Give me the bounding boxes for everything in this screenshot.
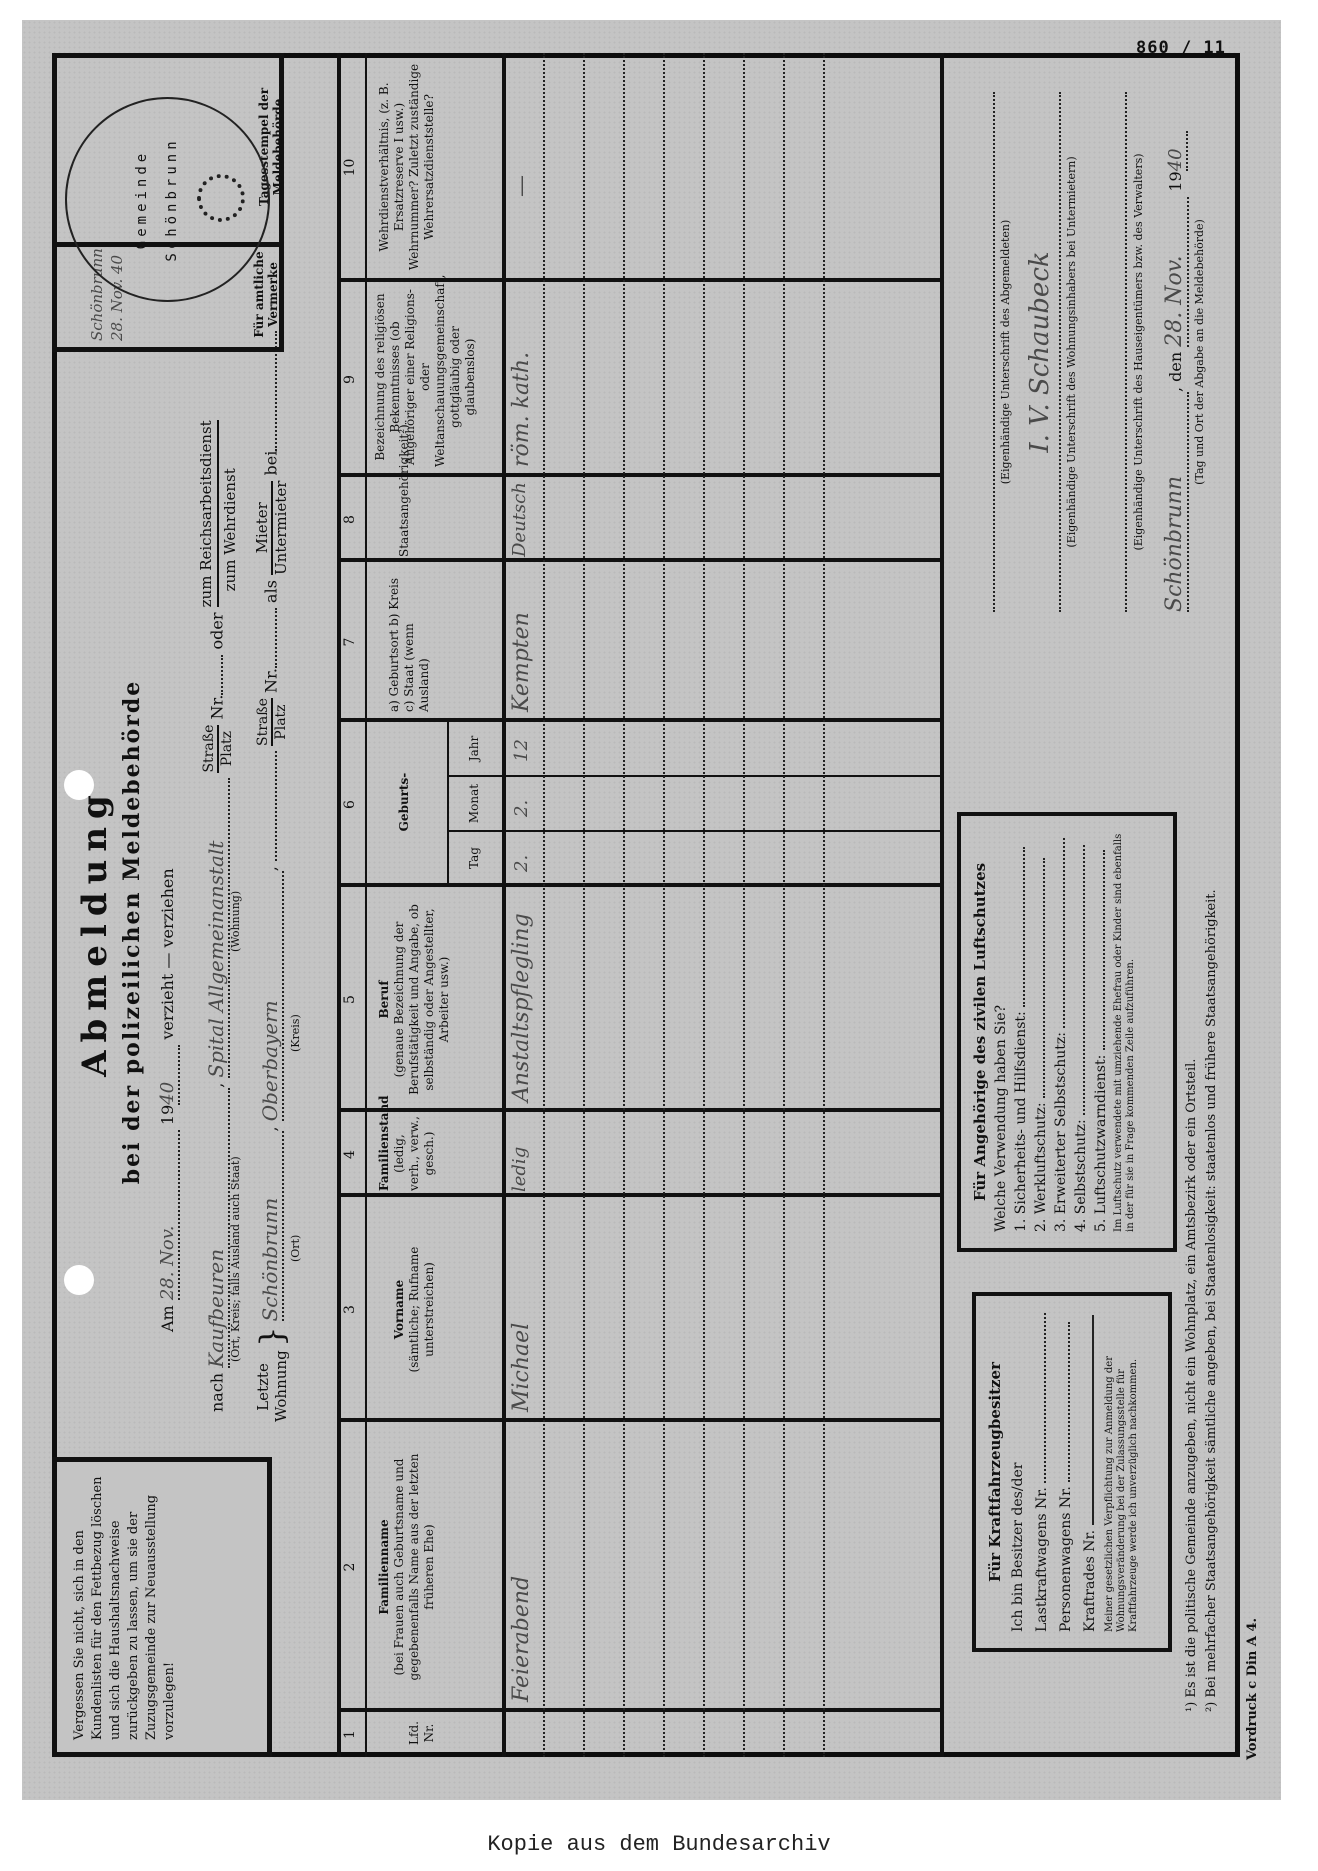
table-row[interactable] [545,53,585,1757]
notice-box: Vergessen Sie nicht, sich in den Kundenl… [52,1457,272,1757]
amtliche-vermerke-label: Für amtliche Vermerke [252,246,280,343]
letzte-ort-hint: (Ort) [289,1235,302,1262]
cell-geburtsort[interactable]: Kempten [509,612,534,712]
footnote-1: ¹) Es ist die politische Gemeinde anzuge… [1182,512,1202,1712]
footnotes: ¹) Es ist die politische Gemeinde anzuge… [1182,512,1222,1712]
nr-field[interactable] [221,655,223,695]
strasse-platz: Straße Platz [201,725,235,773]
form-subtitle: bei der polizeilichen Meldebehörde [119,532,145,1332]
footnote-2: ²) Bei mehrfacher Staatsangehörigkeit sä… [1202,512,1222,1712]
notice-text: Vergessen Sie nicht, sich in den Kundenl… [72,1476,177,1740]
cell-tag[interactable]: 2. [511,855,532,872]
col-header-wehrdienst: Wehrdienstverhältnis, (z. B. Ersatzreser… [377,62,437,272]
cell-wehrdienst[interactable]: — [509,175,534,197]
official-box: Schönbrunn 28. Nov. 40 Für amtliche Verm… [52,53,284,352]
col-header-beruf: Beruf(genaue Bezeichnung der Berufstätig… [377,897,452,1102]
table-row[interactable] [705,53,745,1757]
letzte-wohnung-label: Letzte Wohnung [254,1352,290,1422]
dienst-choice: zum Reichsarbeitsdienst zum Wehrdienst [195,420,241,607]
signature-abgemeldeten-field[interactable] [967,92,995,612]
table-row[interactable] [625,53,665,1757]
luftschutz-box: Für Angehörige des zivilen Luftschutzes … [957,812,1177,1252]
table-row[interactable] [585,53,625,1757]
selbstschutz-field[interactable] [1083,845,1085,1115]
col-header-bekenntnis: Bezeichnung des religiösen Bekenntnisses… [373,287,478,467]
cell-monat[interactable]: 2. [511,800,532,817]
letzte-ort-field[interactable]: Schönbrunn [258,1131,284,1321]
wohnung-hint: (Wohnung) [229,891,242,952]
nach-label: nach [208,1373,227,1412]
persons-table: 1 2 3 4 5 6 7 8 9 10 Lfd. Nr. Familienna… [337,53,945,1757]
table-row[interactable] [825,53,865,1757]
form-title-block: Abmeldung bei der polizeilichen Meldebeh… [75,532,145,1332]
year-prefix: 19 [158,1105,177,1125]
col-header-geburtsort: a) Geburtsort b) Kreis c) Staat (wenn Au… [387,572,432,712]
header-line-am: Am 28. Nov. 1940 verzieht — verziehen [157,472,180,1332]
werkluftschutz-field[interactable] [1043,858,1045,1098]
signature-wohnungsinhaber-field[interactable]: I. V. Schaubeck [1025,92,1061,612]
col-header-familienstand: Familienstand(ledig, verh., verw., gesch… [377,1116,437,1191]
nach-hint: (Ort, Kreis; falls Ausland auch Staat) [229,1156,242,1362]
personenwagen-field[interactable] [1068,1322,1070,1482]
moved-text: verzieht — verziehen [158,868,177,1039]
cell-staatsangehoerigkeit[interactable]: Deutsch [509,482,530,557]
signature-hauseigentuemer-field[interactable] [1097,92,1127,612]
table-row[interactable] [745,53,785,1757]
cell-familienname[interactable]: Feierabend [509,1576,534,1702]
lastkraftwagen-field[interactable] [1044,1313,1046,1483]
cell-beruf[interactable]: Anstaltspflegling [509,913,534,1102]
col-header-geburts: Geburts- [397,722,412,882]
form-code: Vordruck c Din A 4. [1245,1618,1260,1760]
kraftfahrzeug-box: Für Kraftfahrzeugbesitzer Ich bin Besitz… [972,1292,1172,1652]
letzte-kreis-hint: (Kreis) [289,1014,302,1052]
letzte-kreis-field[interactable]: Oberbayern [258,871,284,1121]
am-date-field[interactable]: 28. Nov. [157,1130,180,1300]
archive-caption: Kopie aus dem Bundesarchiv [0,1832,1318,1857]
sicherheitsdienst-field[interactable] [1023,847,1025,1007]
header-line-letzte: Letzte Wohnung } Schönbrunn, Oberbayern,… [253,222,291,1422]
gemeinde-stamp: Gemeinde Schönbrunn [65,97,270,302]
form-title: Abmeldung [75,532,115,1332]
erweiterter-selbstschutz-field[interactable] [1063,838,1065,1028]
abgabe-jahr-field[interactable]: 40 [1165,131,1188,171]
wohnung-field[interactable]: Spital Allgemeinanstalt [204,778,230,1078]
oder-label: oder [208,612,227,649]
cell-vorname[interactable]: Michael [509,1323,534,1412]
abgabe-datum-field[interactable]: 28. Nov. [1162,197,1189,347]
col-header-familienname: Familienname(bei Frauen auch Geburtsname… [377,1432,437,1702]
eagle-emblem-icon [197,174,245,222]
table-row[interactable] [665,53,705,1757]
cell-jahr[interactable]: 12 [511,739,532,762]
cell-familienstand[interactable]: ledig [509,1147,530,1192]
nr-label: Nr. [208,695,227,720]
col-header-lfd-nr: Lfd. Nr. [407,1713,437,1753]
nach-field[interactable]: Kaufbeuren [204,1088,230,1368]
luftschutzwarndienst-field[interactable] [1103,850,1105,1050]
mieter-choice: Mieter Untermieter [254,481,290,575]
kraftrad-field[interactable] [1092,1315,1094,1525]
letzte-nr-field[interactable] [275,608,277,668]
table-row: Feierabend Michael ledig Anstaltspflegli… [505,53,545,1757]
col-header-staatsangehoerigkeit: Staatsangehörigkeit²) [397,479,412,557]
year-field[interactable]: 40 [157,1045,180,1105]
letzte-wohnung-field[interactable] [275,751,277,861]
abmeldung-form: Vergessen Sie nicht, sich in den Kundenl… [52,53,1240,1757]
col-header-vorname: Vorname(sämtliche; Rufname unterstreiche… [392,1207,437,1412]
am-label: Am [158,1305,177,1332]
cell-bekenntnis[interactable]: röm. kath. [509,352,534,467]
table-row[interactable] [785,53,825,1757]
